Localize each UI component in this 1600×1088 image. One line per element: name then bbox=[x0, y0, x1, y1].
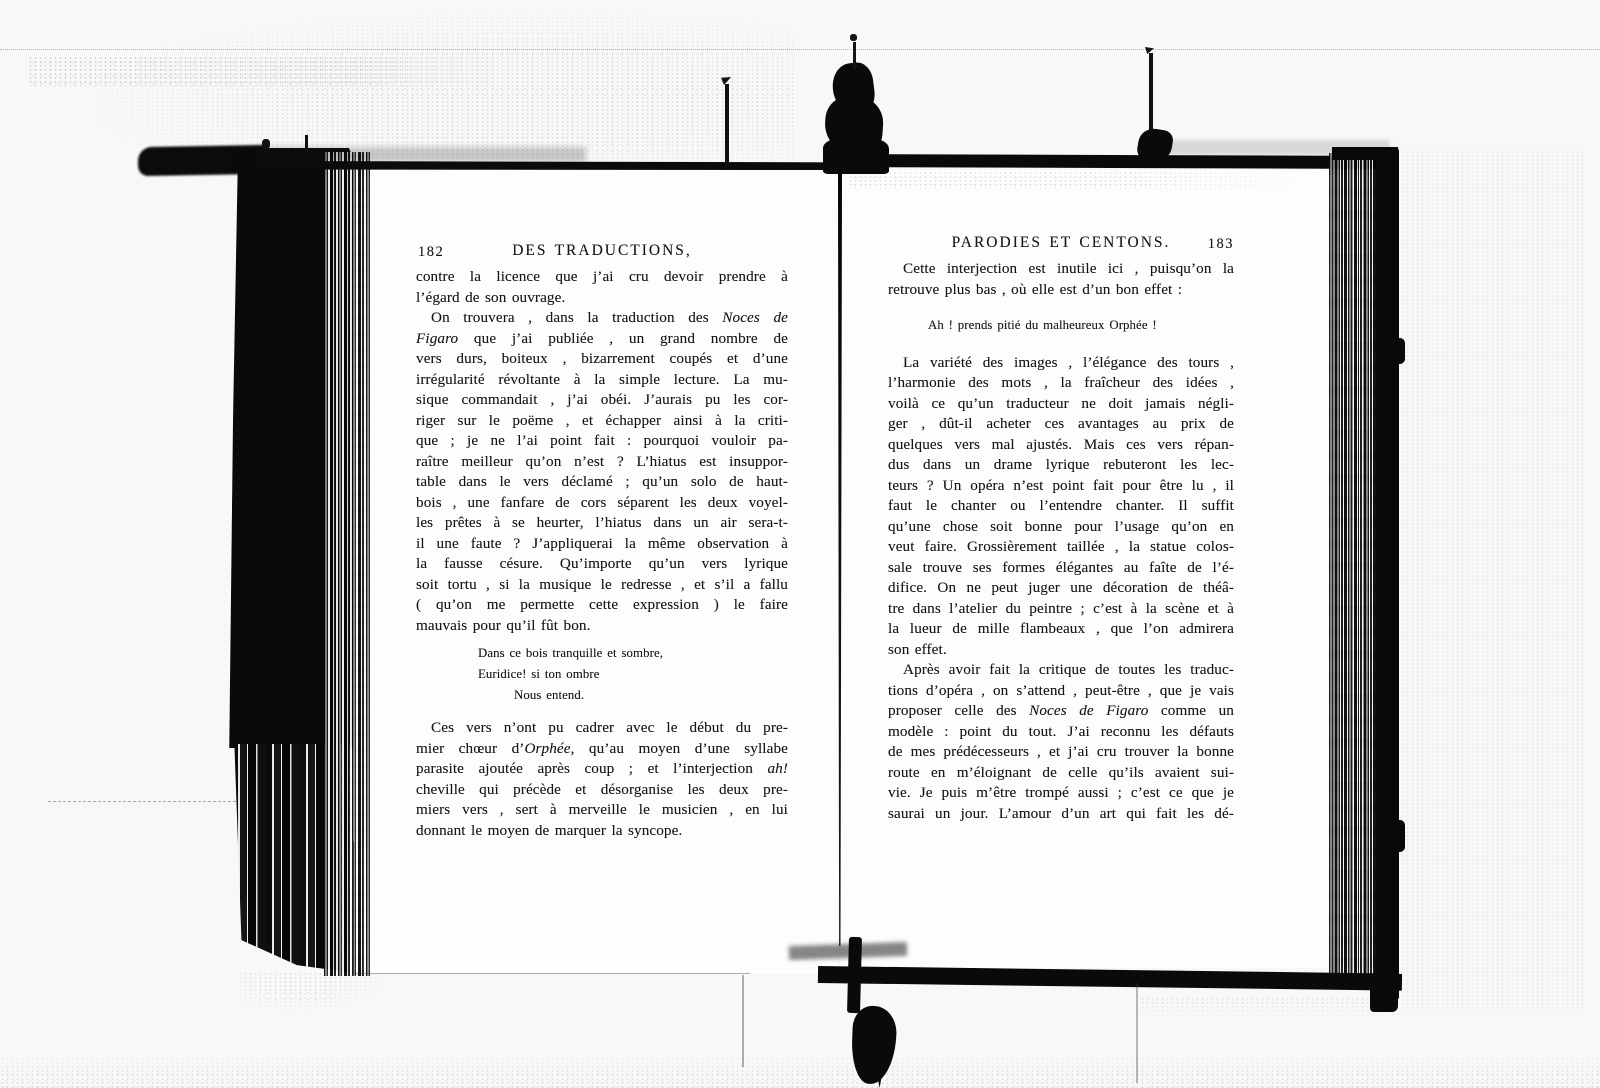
text-line: bois , une fanfare de cors séparent les … bbox=[416, 493, 788, 514]
faint-line-below-right-page bbox=[1136, 983, 1138, 1083]
right-page-top-rule bbox=[836, 154, 1394, 169]
left-page-header: 182 DES TRADUCTIONS, bbox=[416, 241, 788, 262]
text-line: parasite ajoutée après coup ; et l’inter… bbox=[416, 759, 788, 780]
book-scan: 182 DES TRADUCTIONS, contre la licence q… bbox=[0, 0, 1600, 1088]
scan-noise-wedge-foot bbox=[238, 972, 388, 1012]
text-line: saurai un jour. L’amour d’un art qui fai… bbox=[888, 804, 1234, 825]
text-line: Cette interjection est inutile ici , pui… bbox=[888, 259, 1234, 280]
right-page: PARODIES ET CENTONS. 183 Cette interject… bbox=[888, 233, 1234, 824]
text-line: Figaro que j’ai publiée , un grand nombr… bbox=[416, 329, 788, 350]
left-paragraph-2: Ces vers n’ont pu cadrer avec le début d… bbox=[416, 718, 788, 841]
right-intro-lines: Cette interjection est inutile ici , pui… bbox=[888, 259, 1234, 300]
text-line: Euridice! si ton ombre bbox=[478, 664, 788, 685]
left-page-top-smudge bbox=[256, 147, 586, 162]
text-line: que ; je ne l’ai point fait : pourquoi v… bbox=[416, 431, 788, 452]
text-line: ger , dût-il acheter ces avantages au pr… bbox=[888, 414, 1234, 435]
text-line: tre dans l’atelier du peintre ; c’est à … bbox=[888, 599, 1234, 620]
left-verse-quote: Dans ce bois tranquille et sombre,Euridi… bbox=[416, 643, 788, 705]
text-line: route en m’éloignant de celle qu’ils ava… bbox=[888, 763, 1234, 784]
scan-noise-band bbox=[28, 56, 498, 86]
text-line: raître meilleur qu’on n’est ? L’hiatus e… bbox=[416, 452, 788, 473]
text-line: Nous entend. bbox=[478, 685, 788, 706]
text-line: soit tortu , si la musique le redresse ,… bbox=[416, 575, 788, 596]
text-line: son effet. bbox=[888, 640, 1234, 661]
right-page-header: PARODIES ET CENTONS. 183 bbox=[888, 233, 1234, 254]
text-line: la fausse césure. Qu’importe qu’un vers … bbox=[416, 554, 788, 575]
ink-dot-top-spine bbox=[850, 34, 857, 41]
text-line: vie. Je puis m’être trompé aussi ; c’est… bbox=[888, 783, 1234, 804]
text-line: l’égard de son ouvrage. bbox=[416, 288, 788, 309]
text-line: table dans le vers déclamé ; qu’un solo … bbox=[416, 472, 788, 493]
left-paragraph-1: contre la licence que j’ai cru devoir pr… bbox=[416, 267, 788, 636]
scan-faint-rule-left bbox=[48, 801, 236, 802]
right-page-bottom-rule bbox=[818, 966, 1402, 991]
text-line: il une faute ? J’appliquerai la même obs… bbox=[416, 534, 788, 555]
text-line: faut le chanter ou l’entendre chanter. I… bbox=[888, 496, 1234, 517]
left-page: 182 DES TRADUCTIONS, contre la licence q… bbox=[416, 241, 788, 841]
left-page-number: 182 bbox=[418, 242, 444, 263]
right-paragraph-1: La variété des images , l’élégance des t… bbox=[888, 353, 1234, 661]
text-line: quelques vers mal ajustés. Mais ces vers… bbox=[888, 435, 1234, 456]
text-line: La variété des images , l’élégance des t… bbox=[888, 353, 1234, 374]
text-line: tions d’opéra , on s’attend , peut-être … bbox=[888, 681, 1234, 702]
text-line: proposer celle des Noces de Figaro comme… bbox=[888, 701, 1234, 722]
text-line: irrégularité révoltante à la simple lect… bbox=[416, 370, 788, 391]
text-line: modèle : point du tout. J’ai reconnu les… bbox=[888, 722, 1234, 743]
scan-noise-bottom bbox=[0, 1053, 1600, 1088]
left-page-bottom-rule bbox=[352, 973, 750, 974]
ink-spike-top-spine bbox=[853, 42, 856, 70]
text-line: de mes prédécesseurs , et j’ai cru trouv… bbox=[888, 742, 1234, 763]
text-line: vers durs, boiteux , bizarrement coupés … bbox=[416, 349, 788, 370]
text-line: difice. On ne peut juger une décoration … bbox=[888, 578, 1234, 599]
text-line: les prêtes à se heurter, l’hiatus dans u… bbox=[416, 513, 788, 534]
left-page-top-rule bbox=[250, 161, 842, 170]
text-line: On trouvera , dans la traduction des Noc… bbox=[416, 308, 788, 329]
text-line: retrouve plus bas , où elle est d’un bon… bbox=[888, 280, 1234, 301]
text-line: riger sur le poëme , et échapper ainsi à… bbox=[416, 411, 788, 432]
text-line: Ah ! prends pitié du malheureux Orphée ! bbox=[928, 315, 1234, 336]
text-line: contre la licence que j’ai cru devoir pr… bbox=[416, 267, 788, 288]
left-page-inner-edge-line bbox=[352, 842, 364, 975]
text-line: l’harmonie des mots , la fraîcheur des i… bbox=[888, 373, 1234, 394]
right-verse-quote: Ah ! prends pitié du malheureux Orphée ! bbox=[888, 315, 1234, 336]
ink-blob-top-spine bbox=[823, 138, 889, 174]
right-edge-top-cap bbox=[1332, 147, 1398, 160]
text-line: ( qu’on me permette cette expression ) l… bbox=[416, 595, 788, 616]
text-line: veut faire. Grossièrement taillée , la s… bbox=[888, 537, 1234, 558]
text-line: mauvais pour qu’il fût bon. bbox=[416, 616, 788, 637]
text-line: voilà ce qu’un traducteur ne doit jamais… bbox=[888, 394, 1234, 415]
text-line: teurs ? Un opéra n’est point fait pour ê… bbox=[888, 476, 1234, 497]
text-line: miers vers , sert à merveille le musicie… bbox=[416, 800, 788, 821]
scan-clamp-stick-left bbox=[725, 84, 729, 168]
right-page-number: 183 bbox=[1208, 234, 1234, 255]
right-page-bottom-shadow bbox=[1140, 997, 1398, 1019]
right-running-title: PARODIES ET CENTONS. bbox=[952, 234, 1171, 251]
text-line: Après avoir fait la critique de toutes l… bbox=[888, 660, 1234, 681]
text-line: cheville qui précède et désorganise les … bbox=[416, 780, 788, 801]
text-line: sique commandait , j’ai obéi. J’aurais p… bbox=[416, 390, 788, 411]
right-page-edges-solid bbox=[1376, 148, 1399, 1000]
right-page-edges-streaks bbox=[1329, 153, 1378, 989]
right-edge-bump bbox=[1396, 820, 1405, 852]
text-line: la lueur de mille flambeaux , que l’on a… bbox=[888, 619, 1234, 640]
right-edge-bump bbox=[1396, 338, 1405, 364]
scan-dotted-rule-top bbox=[0, 49, 1600, 50]
text-line: qu’une chose soit bonne pour l’usage qu’… bbox=[888, 517, 1234, 538]
text-line: Ces vers n’ont pu cadrer avec le début d… bbox=[416, 718, 788, 739]
right-paragraph-2: Après avoir fait la critique de toutes l… bbox=[888, 660, 1234, 824]
text-line: sale trouve ses formes élégantes au faît… bbox=[888, 558, 1234, 579]
left-running-title: DES TRADUCTIONS, bbox=[512, 242, 692, 259]
text-line: dus dans un drame lyrique rebuteront les… bbox=[888, 455, 1234, 476]
faint-line-below-left-page bbox=[742, 975, 744, 1067]
right-page-top-shadow bbox=[848, 171, 1322, 189]
text-line: donnant le moyen de marquer la syncope. bbox=[416, 821, 788, 842]
text-line: Dans ce bois tranquille et sombre, bbox=[478, 643, 788, 664]
scan-noise-right bbox=[1400, 150, 1585, 1010]
text-line: mier chœur d’Orphée, qu’au moyen d’une s… bbox=[416, 739, 788, 760]
